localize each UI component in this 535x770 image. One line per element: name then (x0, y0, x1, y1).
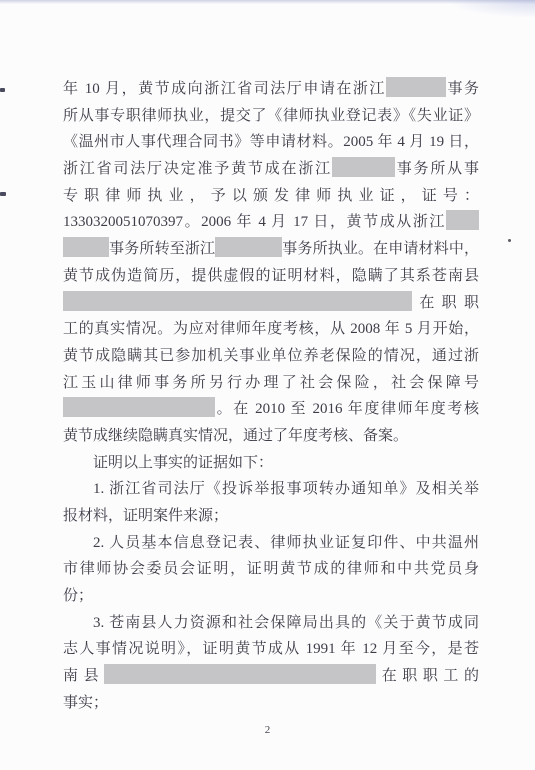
text-segment: 事务所转至浙江 (109, 241, 215, 257)
text-line: 黄节成伪造简历，提供虚假的证明材料，隐瞒了其系苍南县 (63, 263, 479, 290)
scan-speck (508, 239, 511, 242)
redaction-box (63, 397, 215, 417)
text-segment: 志人事情况说明》，证明黄节成从 1991 年 12 月至今，是苍 (63, 641, 479, 657)
text-line: 在职职 (63, 290, 479, 317)
text-line: 1. 浙江省司法厅《投诉举报事项转办通知单》及相关举 (63, 476, 479, 503)
text-line: 黄节成继续隐瞒真实情况，通过了年度考核、备案。 (63, 423, 479, 450)
text-line: 市律师协会委员会证明，证明黄节成的律师和中共党员身 (63, 556, 479, 583)
text-line: 事实； (63, 690, 479, 717)
text-segment: 在职职工的 (376, 668, 479, 684)
text-segment: 报材料，证明案件来源； (63, 508, 228, 524)
text-line: 事务所转至浙江事务所执业。在申请材料中， (63, 236, 479, 263)
text-segment: 事实； (63, 695, 108, 711)
redaction-box (446, 210, 479, 230)
redaction-box (104, 664, 376, 684)
text-line: 证明以上事实的证据如下： (63, 450, 479, 477)
text-segment: 2. 人员基本信息登记表、律师执业证复印件、中共温州 (93, 535, 479, 551)
text-segment: 黄节成隐瞒其已参加机关事业单位养老保险的情况，通过浙 (63, 348, 479, 364)
text-segment: 在职职 (412, 295, 479, 311)
text-line: 1330320051070397。2006 年 4 月 17 日，黄节成从浙江 (63, 209, 479, 236)
text-line: 所从事专职律师执业，提交了《律师执业登记表》《失业证》 (63, 103, 479, 130)
text-line: 2. 人员基本信息登记表、律师执业证复印件、中共温州 (63, 530, 479, 557)
scan-corner-artifact (445, 0, 535, 18)
text-segment: 江玉山律师事务所另行办理了社会保险，社会保障号 (63, 375, 479, 391)
text-line: 份； (63, 583, 479, 610)
text-line: 黄节成隐瞒其已参加机关事业单位养老保险的情况，通过浙 (63, 343, 479, 370)
text-segment: 浙江省司法厅决定准予黄节成在浙江 (63, 161, 332, 177)
redaction-box (63, 237, 109, 257)
text-line: 专职律师执业，予以颁发律师执业证，证号： (63, 183, 479, 210)
scan-mark (0, 192, 6, 196)
text-segment: 证明以上事实的证据如下： (93, 455, 273, 471)
text-segment: 所从事专职律师执业，提交了《律师执业登记表》《失业证》 (63, 108, 479, 124)
text-segment: 事务 (446, 81, 479, 97)
text-segment: 3. 苍南县人力资源和社会保障局出具的《关于黄节成同 (93, 615, 479, 631)
document-body: 年 10 月，黄节成向浙江省司法厅申请在浙江事务所从事专职律师执业，提交了《律师… (63, 76, 479, 717)
text-line: 江玉山律师事务所另行办理了社会保险，社会保障号 (63, 370, 479, 397)
text-segment: 份； (63, 588, 93, 604)
scan-mark (0, 88, 5, 92)
text-line: 《温州市人事代理合同书》等申请材料。2005 年 4 月 19 日， (63, 129, 479, 156)
text-line: 浙江省司法厅决定准予黄节成在浙江事务所从事 (63, 156, 479, 183)
redaction-box (63, 291, 412, 311)
text-segment: 黄节成伪造简历，提供虚假的证明材料，隐瞒了其系苍南县 (63, 268, 479, 284)
text-line: 工的真实情况。为应对律师年度考核，从 2008 年 5 月开始， (63, 316, 479, 343)
text-line: 志人事情况说明》，证明黄节成从 1991 年 12 月至今，是苍 (63, 636, 479, 663)
text-line: 。在 2010 至 2016 年度律师年度考核中， (63, 396, 479, 423)
page-number: 2 (0, 723, 535, 737)
text-segment: 1. 浙江省司法厅《投诉举报事项转办通知单》及相关举 (93, 481, 479, 497)
text-line: 报材料，证明案件来源； (63, 503, 479, 530)
text-segment: 事务所执业。在申请材料中， (282, 241, 479, 257)
text-segment: 市律师协会委员会证明，证明黄节成的律师和中共党员身 (63, 561, 479, 577)
scanned-document-page: 年 10 月，黄节成向浙江省司法厅申请在浙江事务所从事专职律师执业，提交了《律师… (0, 0, 535, 770)
redaction-box (332, 157, 395, 177)
text-segment: 工的真实情况。为应对律师年度考核，从 2008 年 5 月开始， (63, 321, 479, 337)
text-segment: 年 10 月，黄节成向浙江省司法厅申请在浙江 (63, 81, 386, 97)
redaction-box (386, 77, 446, 97)
text-segment: 事务所从事 (395, 161, 479, 177)
text-segment: 1330320051070397。2006 年 4 月 17 日，黄节成从浙江 (63, 214, 446, 230)
text-segment: 《温州市人事代理合同书》等申请材料。2005 年 4 月 19 日， (63, 134, 479, 150)
text-segment: 南县 (63, 668, 104, 684)
text-segment: 专职律师执业，予以颁发律师执业证，证号： (63, 188, 479, 204)
text-line: 年 10 月，黄节成向浙江省司法厅申请在浙江事务 (63, 76, 479, 103)
redaction-box (215, 237, 282, 257)
text-segment: 黄节成继续隐瞒真实情况，通过了年度考核、备案。 (63, 428, 408, 444)
text-line: 3. 苍南县人力资源和社会保障局出具的《关于黄节成同 (63, 610, 479, 637)
text-line: 南县在职职工的 (63, 663, 479, 690)
